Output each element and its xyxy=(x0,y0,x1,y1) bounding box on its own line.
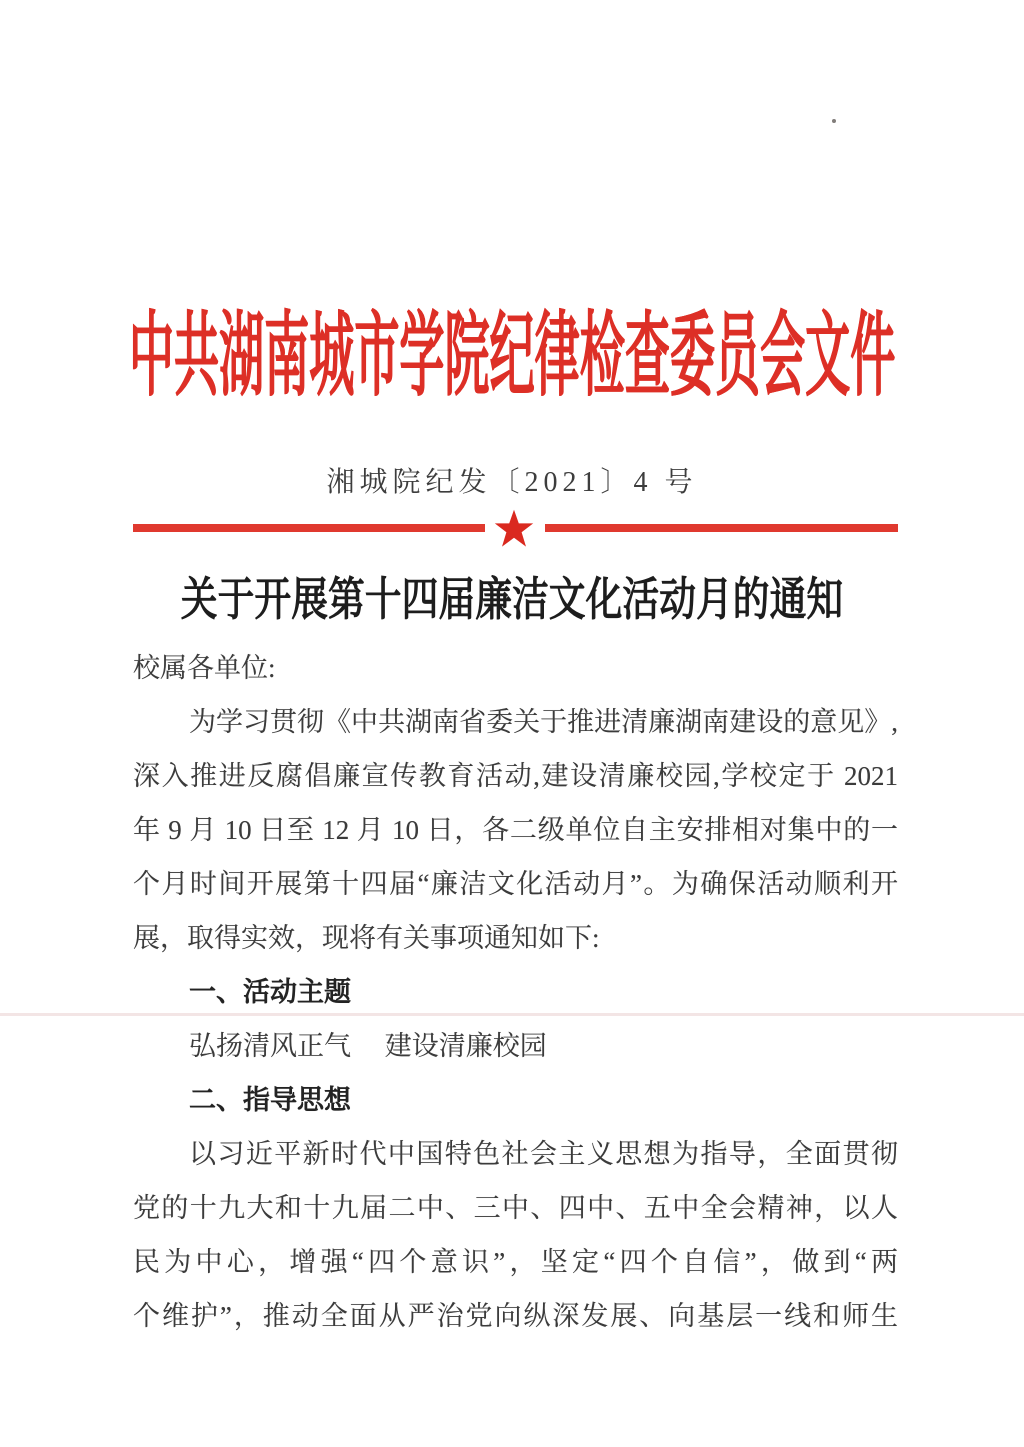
body-line: 个维护”，推动全面从严治党向纵深发展、向基层一线和师生 xyxy=(133,1289,898,1343)
body-line: 为学习贯彻《中共湖南省委关于推进清廉湖南建设的意见》, xyxy=(133,695,898,749)
masthead-title: 中共湖南城市学院纪律检查委员会文件 xyxy=(129,306,895,407)
body-line: 以习近平新时代中国特色社会主义思想为指导，全面贯彻 xyxy=(133,1127,898,1181)
red-rule-right-segment xyxy=(545,524,898,532)
scan-artifact-line xyxy=(0,1013,1024,1016)
body-line: 党的十九大和十九届二中、三中、四中、五中全会精神，以人 xyxy=(133,1181,898,1235)
body-line: 二、指导思想 xyxy=(133,1073,898,1127)
body-line: 弘扬清风正气 建设清廉校园 xyxy=(133,1019,898,1073)
document-body: 校属各单位:为学习贯彻《中共湖南省委关于推进清廉湖南建设的意见》,深入推进反腐倡… xyxy=(133,641,898,1343)
body-line: 年 9 月 10 日至 12 月 10 日，各二级单位自主安排相对集中的一 xyxy=(133,803,898,857)
masthead-container: 中共湖南城市学院纪律检查委员会文件 xyxy=(0,306,1024,407)
document-page: 中共湖南城市学院纪律检查委员会文件 湘城院纪发〔2021〕4 号 关于开展第十四… xyxy=(0,0,1024,1447)
body-line: 校属各单位: xyxy=(133,641,898,695)
red-rule-left-segment xyxy=(133,524,485,532)
red-star-icon xyxy=(494,509,534,549)
body-line: 深入推进反腐倡廉宣传教育活动,建设清廉校园,学校定于 2021 xyxy=(133,749,898,803)
body-line: 民为中心，增强“四个意识”，坚定“四个自信”，做到“两 xyxy=(133,1235,898,1289)
subject-title-container: 关于开展第十四届廉洁文化活动月的通知 xyxy=(0,574,1024,627)
document-number: 湘城院纪发〔2021〕4 号 xyxy=(0,460,1024,500)
scan-speck xyxy=(832,119,836,123)
body-line: 一、活动主题 xyxy=(133,965,898,1019)
subject-title: 关于开展第十四届廉洁文化活动月的通知 xyxy=(181,574,843,627)
body-line: 个月时间开展第十四届“廉洁文化活动月”。为确保活动顺利开 xyxy=(133,857,898,911)
body-line: 展，取得实效，现将有关事项通知如下: xyxy=(133,911,898,965)
